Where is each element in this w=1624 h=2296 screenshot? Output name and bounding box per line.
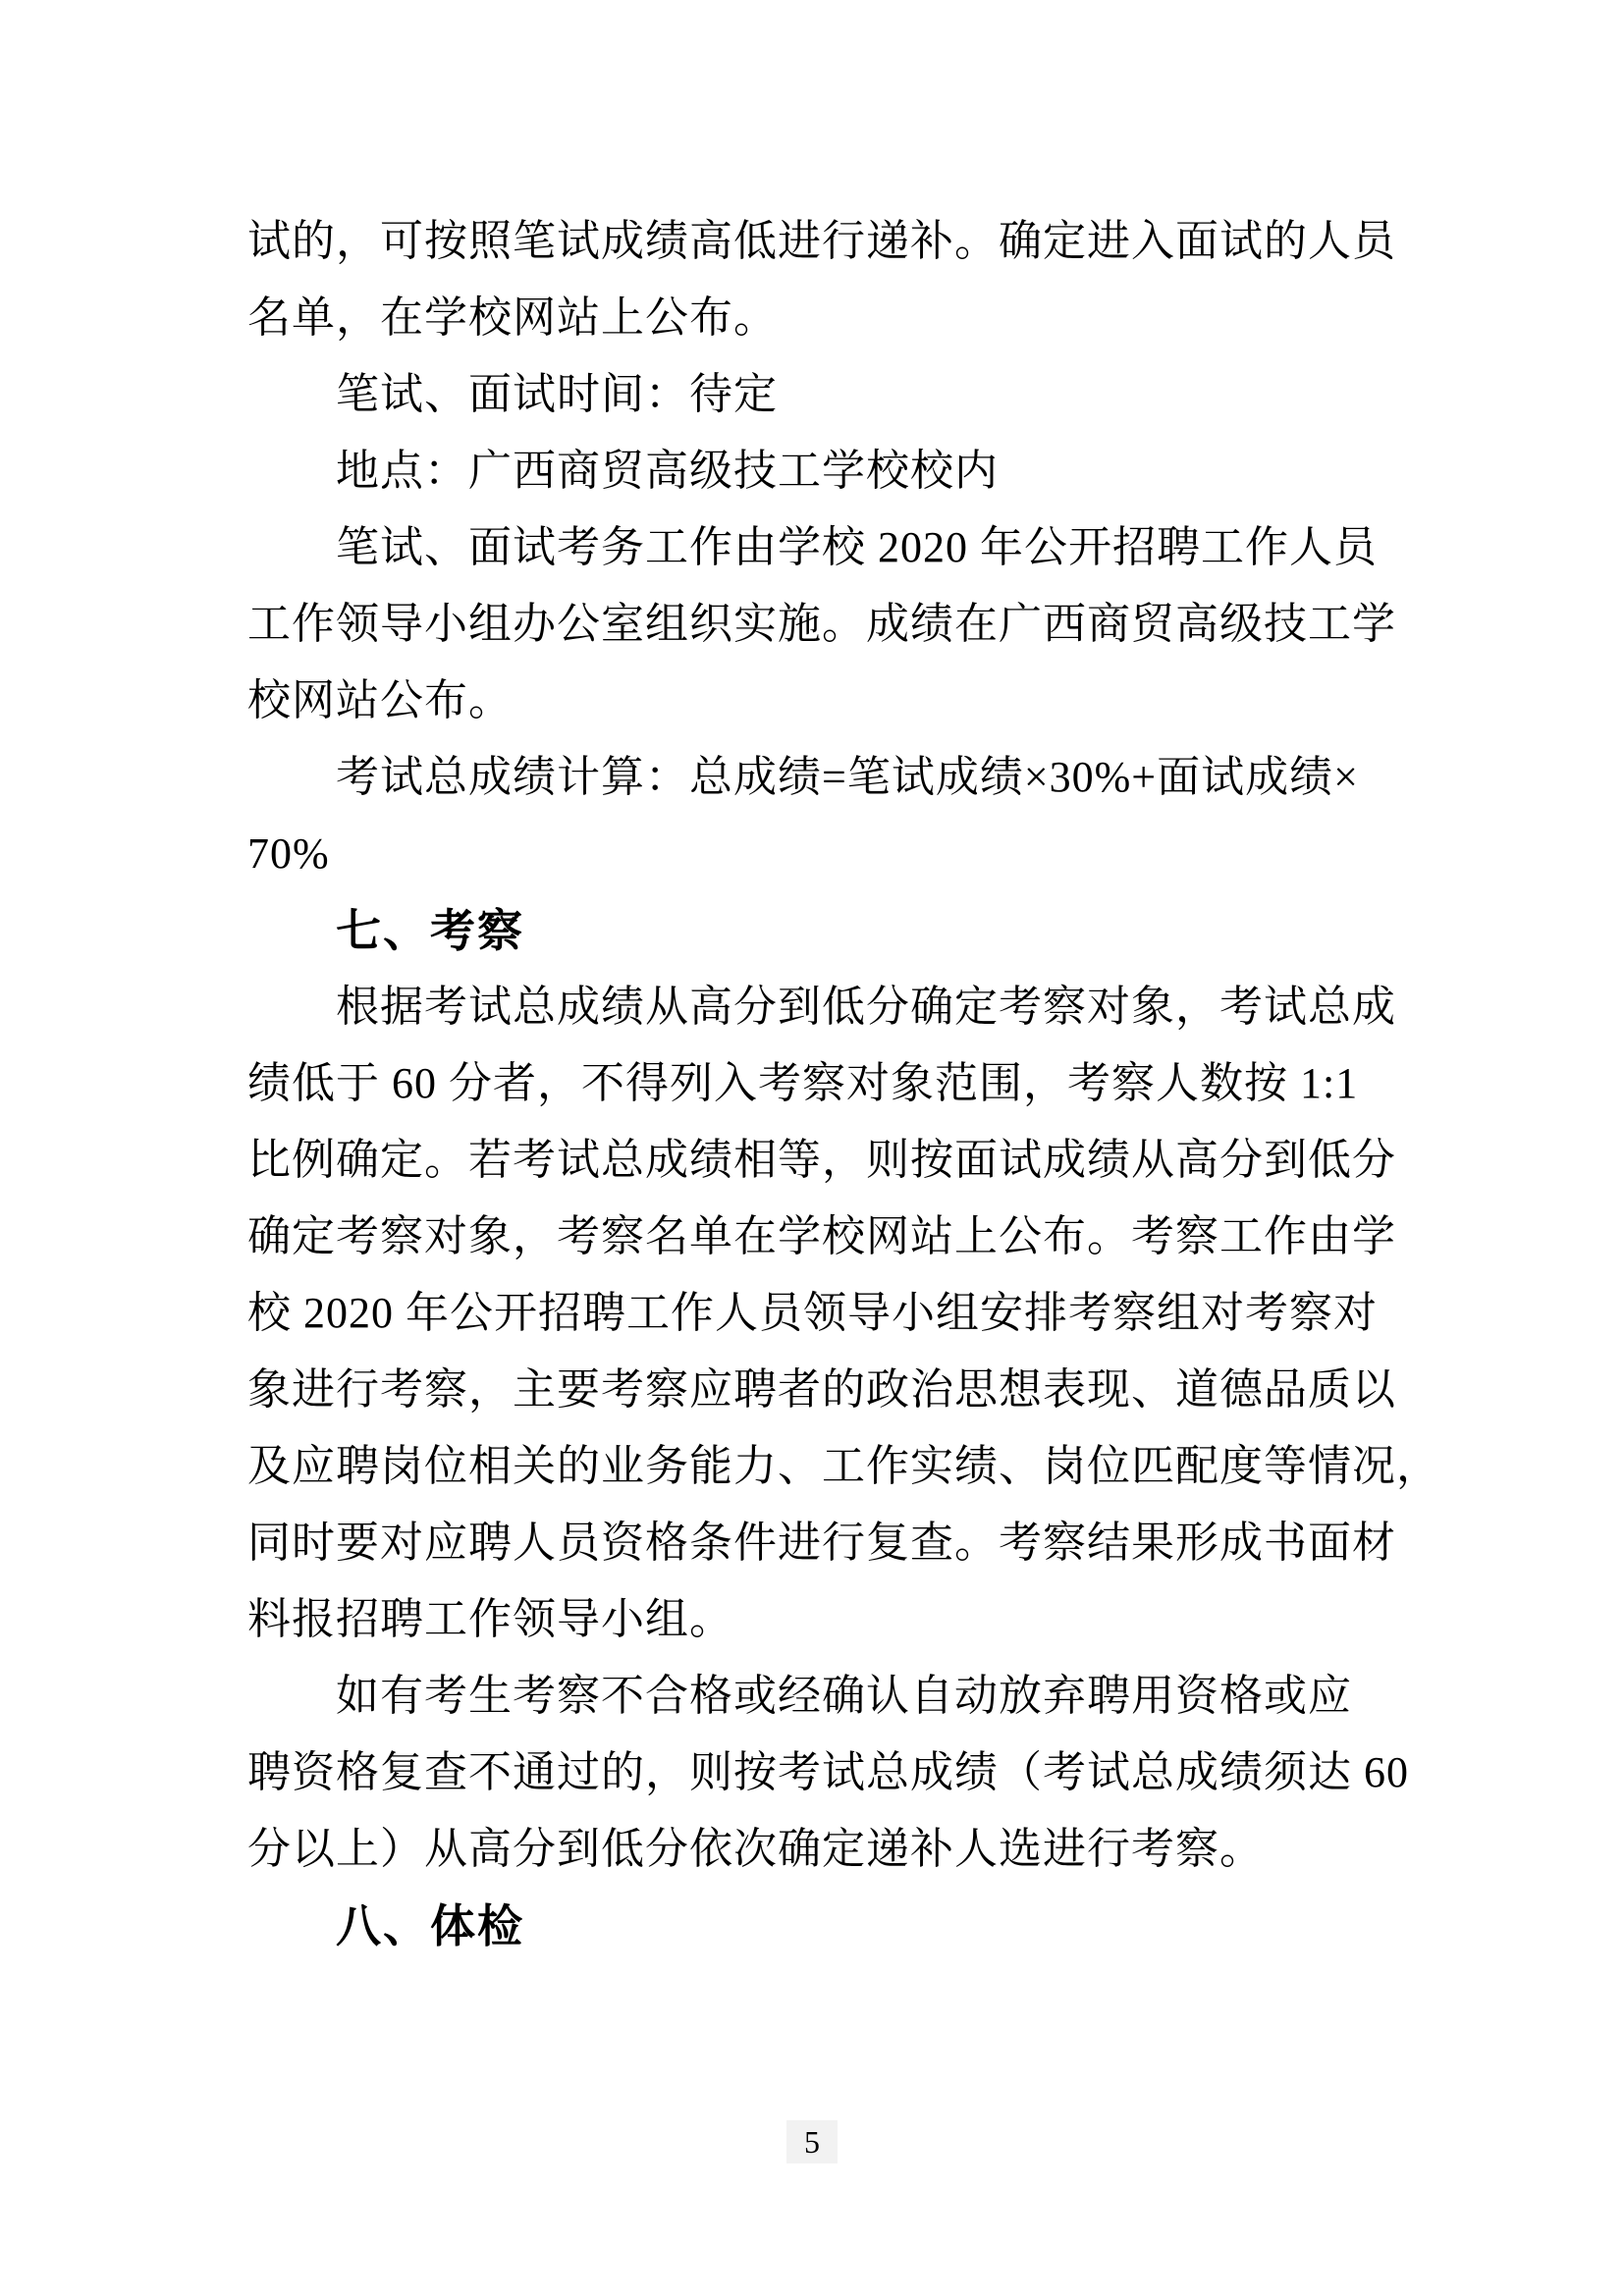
text-line: 工作领导小组办公室组织实施。成绩在广西商贸高级技工学	[247, 586, 1386, 663]
text-line: 70%	[247, 816, 1386, 892]
text-line: 笔试、面试考务工作由学校 2020 年公开招聘工作人员	[247, 509, 1386, 586]
page-number: 5	[786, 2120, 838, 2163]
text-line: 比例确定。若考试总成绩相等，则按面试成绩从高分到低分	[247, 1122, 1386, 1199]
page-footer: 5	[0, 2120, 1624, 2163]
text-line: 分以上）从高分到低分依次确定递补人选进行考察。	[247, 1811, 1386, 1888]
text-line: 如有考生考察不合格或经确认自动放弃聘用资格或应	[247, 1658, 1386, 1735]
text-line: 料报招聘工作领导小组。	[247, 1581, 1386, 1658]
text-line: 笔试、面试时间：待定	[247, 356, 1386, 433]
document-body: 试的，可按照笔试成绩高低进行递补。确定进入面试的人员名单，在学校网站上公布。笔试…	[247, 203, 1386, 1964]
text-line: 校 2020 年公开招聘工作人员领导小组安排考察组对考察对	[247, 1275, 1386, 1352]
text-line: 地点：广西商贸高级技工学校校内	[247, 433, 1386, 509]
text-line: 确定考察对象，考察名单在学校网站上公布。考察工作由学	[247, 1199, 1386, 1275]
text-line: 根据考试总成绩从高分到低分确定考察对象，考试总成	[247, 969, 1386, 1045]
text-line: 名单，在学校网站上公布。	[247, 280, 1386, 356]
section-heading: 七、考察	[247, 892, 1386, 969]
section-heading: 八、体检	[247, 1888, 1386, 1964]
text-line: 象进行考察，主要考察应聘者的政治思想表现、道德品质以	[247, 1352, 1386, 1428]
text-line: 绩低于 60 分者，不得列入考察对象范围，考察人数按 1:1	[247, 1045, 1386, 1122]
text-line: 聘资格复查不通过的，则按考试总成绩（考试总成绩须达 60	[247, 1735, 1386, 1811]
text-line: 及应聘岗位相关的业务能力、工作实绩、岗位匹配度等情况，	[247, 1428, 1386, 1505]
text-line: 考试总成绩计算：总成绩=笔试成绩×30%+面试成绩×	[247, 739, 1386, 816]
text-line: 同时要对应聘人员资格条件进行复查。考察结果形成书面材	[247, 1505, 1386, 1581]
document-page: 试的，可按照笔试成绩高低进行递补。确定进入面试的人员名单，在学校网站上公布。笔试…	[0, 0, 1624, 2296]
text-line: 试的，可按照笔试成绩高低进行递补。确定进入面试的人员	[247, 203, 1386, 280]
text-line: 校网站公布。	[247, 663, 1386, 739]
